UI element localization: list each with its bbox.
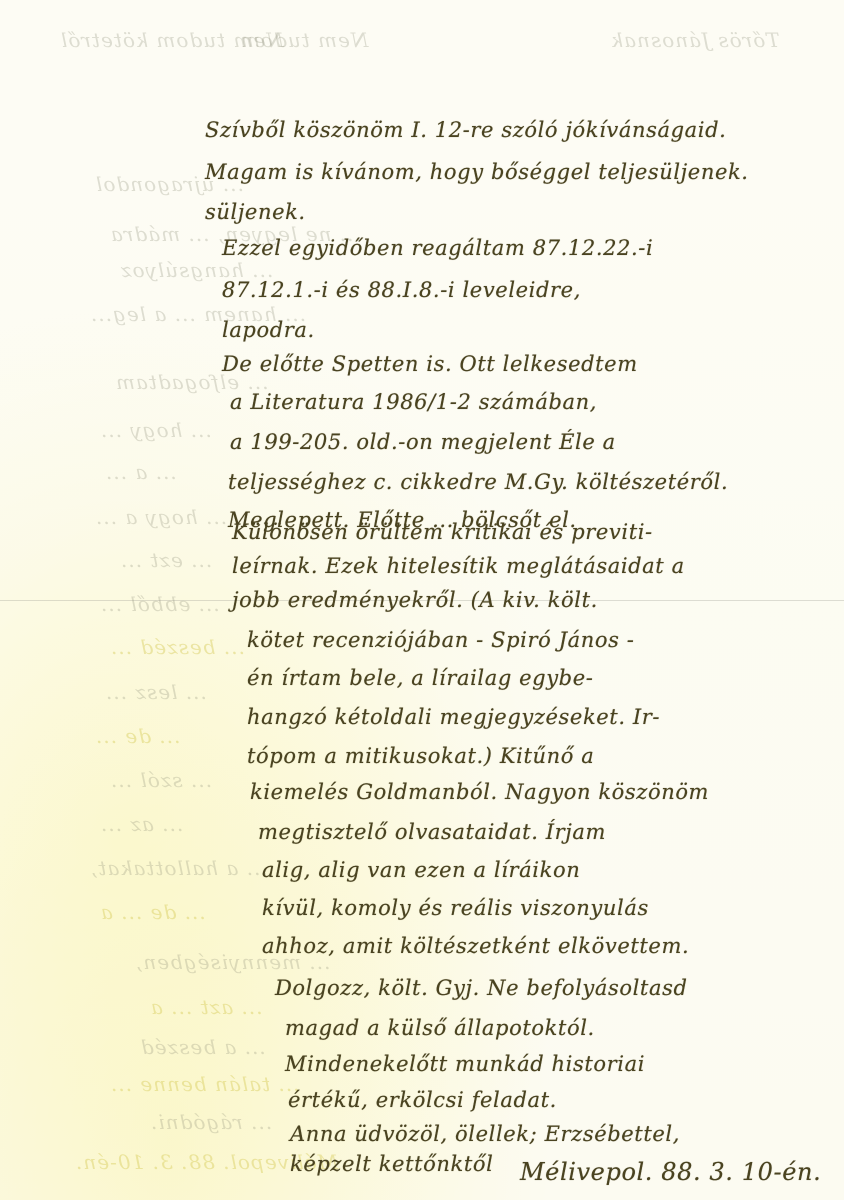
bleed-through-header-right: Tőrös Jánosnak	[610, 28, 780, 52]
letter-line: tópom a mitikusokat.) Kitűnő a	[247, 744, 594, 768]
letter-line: hangzó kétoldali megjegyzéseket. Ir-	[247, 705, 660, 729]
bleed-through-line: ... hogy a ...	[95, 505, 227, 529]
letter-line: Különösen örültem kritikai és previti-	[232, 520, 653, 544]
bleed-through-header-center: Nem tudom	[240, 28, 368, 52]
letter-line: én írtam bele, a lírailag egybe-	[247, 666, 593, 690]
bleed-through-line: ... hogy ...	[100, 418, 212, 442]
letter-line: kívül, komoly és reális viszonyulás	[262, 896, 649, 920]
letter-line: magad a külső állapotoktól.	[285, 1016, 595, 1040]
letter-line: Szívből köszönöm I. 12-re szóló jókíváns…	[205, 118, 830, 142]
letter-line: értékű, erkölcsi feladat.	[288, 1088, 557, 1112]
bleed-through-line: ... az ...	[100, 812, 183, 836]
letter-line: kötet recenziójában - Spiró János -	[247, 628, 634, 652]
letter-line: jobb eredményekről. (A kiv. költ.	[232, 588, 598, 612]
bleed-through-line: ... de ...	[95, 724, 181, 748]
letter-line: Magam is kívánom, hogy bőséggel teljesül…	[205, 160, 749, 184]
bleed-through-line: ... a beszéd	[140, 1035, 266, 1059]
bleed-through-line: ... ebből ...	[100, 592, 220, 616]
bleed-through-line: ... ezt ...	[120, 548, 212, 572]
bleed-through-line: ... beszéd ...	[110, 635, 245, 659]
letter-line: a 199-205. old.-on megjelent Éle a	[230, 430, 616, 454]
letter-page: Nem tudom kötetről Nem tudom Tőrös János…	[0, 0, 844, 1200]
letter-line: De előtte Spetten is. Ott lelkesedtem	[222, 352, 638, 376]
letter-line: a Literatura 1986/1-2 számában,	[230, 390, 597, 414]
letter-line: ahhoz, amit költészetként elkövettem.	[262, 934, 689, 958]
signature-date: Mélivepol. 88. 3. 10-én.	[520, 1158, 821, 1186]
bleed-through-line: ... azt ... a	[150, 995, 263, 1019]
letter-line: lapodra.	[222, 318, 315, 342]
bleed-through-line: ... a ...	[105, 460, 177, 484]
bleed-through-line: ... szól ...	[110, 768, 212, 792]
bleed-through-line: ... lesz ...	[105, 680, 207, 704]
letter-line: alig, alig van ezen a líráikon	[262, 858, 580, 882]
bleed-through-line: ... talán benne ...	[110, 1072, 300, 1096]
bleed-through-line: ... de ... a	[100, 900, 206, 924]
letter-line: kiemelés Goldmanból. Nagyon köszönöm	[250, 780, 709, 804]
letter-line: Mindenekelőtt munkád historiai	[285, 1052, 645, 1076]
letter-line: 87.12.1.-i és 88.I.8.-i leveleidre,	[222, 278, 581, 302]
letter-line: Ezzel egyidőben reagáltam 87.12.22.-i	[222, 236, 653, 260]
letter-line: leírnak. Ezek hitelesítik meglátásaidat …	[232, 554, 685, 578]
letter-line: süljenek.	[205, 200, 306, 224]
letter-line: teljességhez c. cikkedre M.Gy. költészet…	[228, 470, 728, 494]
letter-line: megtisztelő olvasataidat. Írjam	[258, 820, 606, 844]
letter-line: Dolgozz, költ. Gyj. Ne befolyásoltasd	[275, 976, 688, 1000]
letter-line: képzelt kettőnktől	[290, 1152, 493, 1176]
bleed-through-line: ... a hallottakat,	[90, 856, 268, 880]
bleed-through-line: ... rágódni.	[150, 1110, 272, 1134]
letter-line: Anna üdvözöl, ölellek; Erzsébettel,	[290, 1122, 680, 1146]
